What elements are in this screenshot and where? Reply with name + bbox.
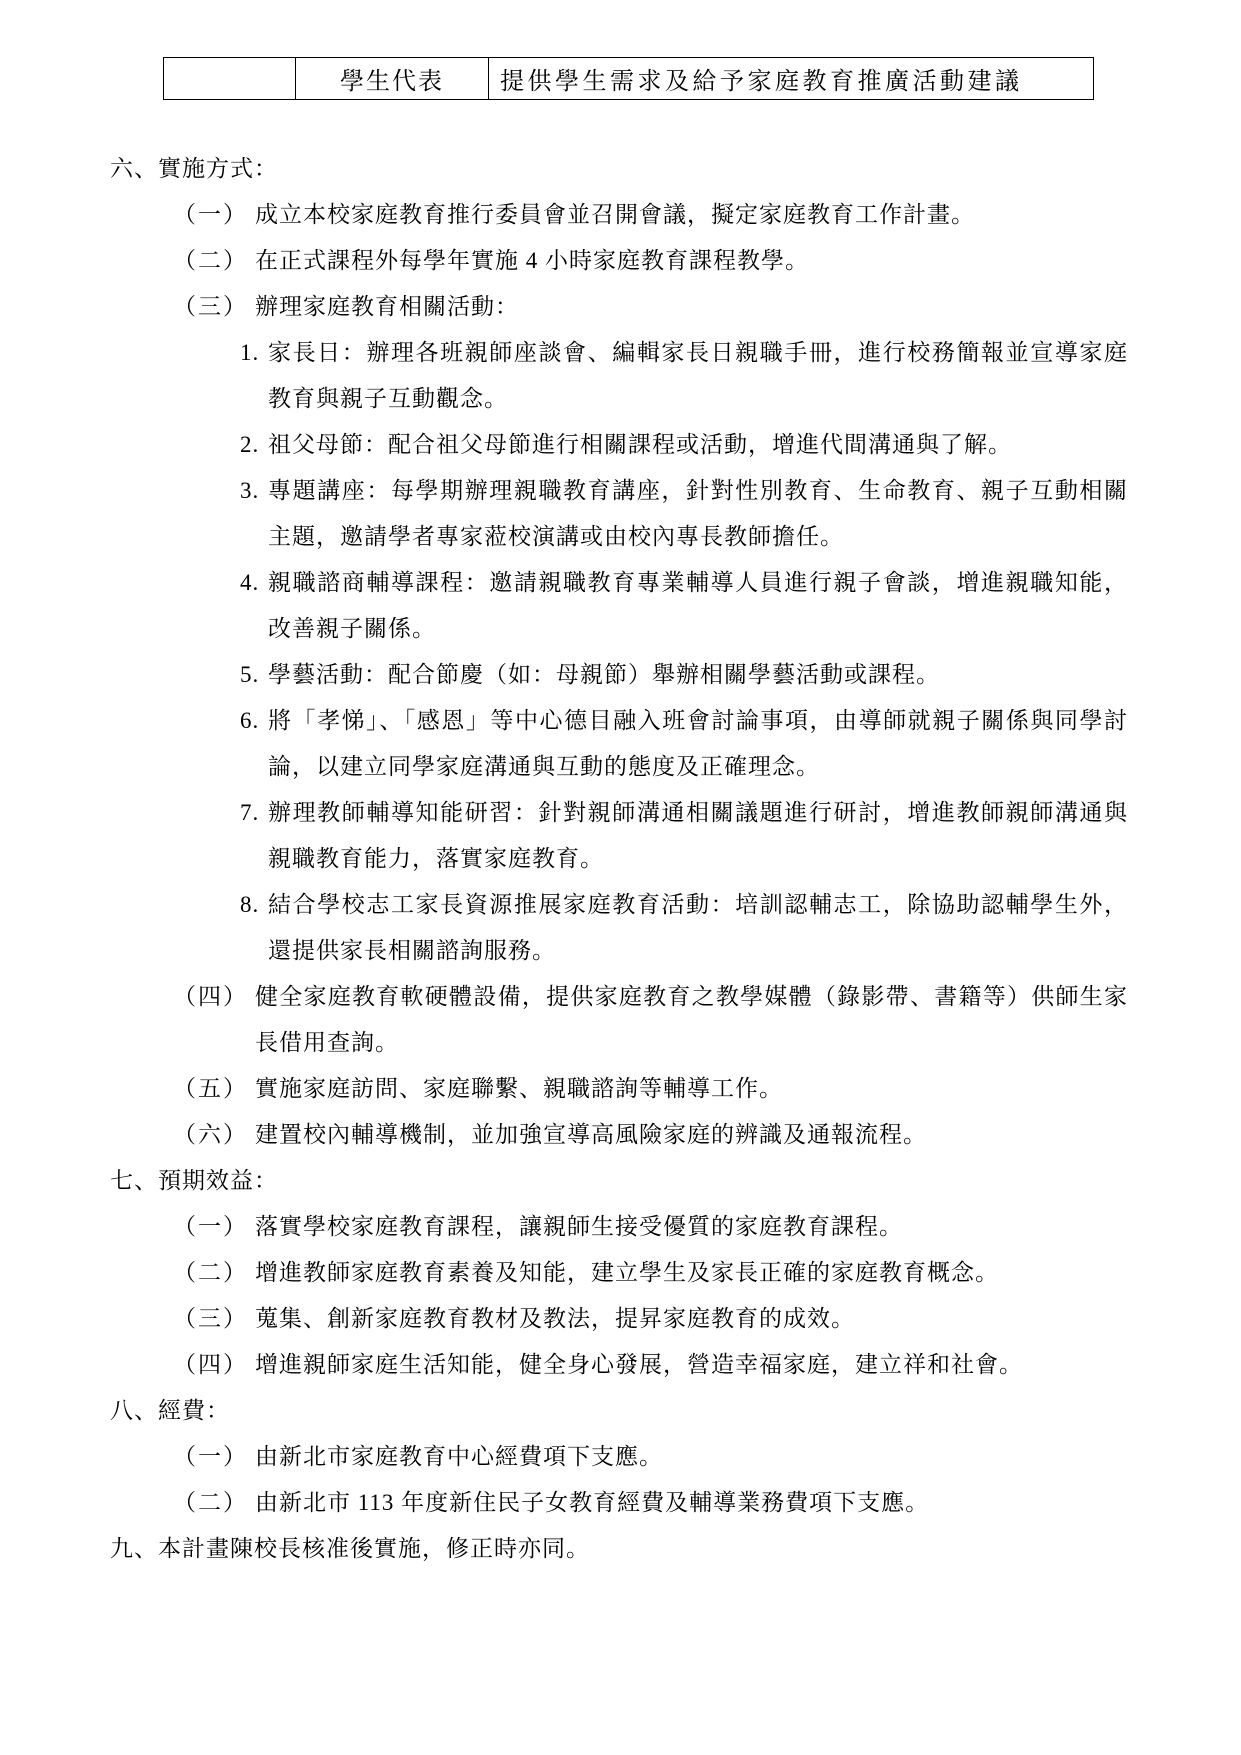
sub-item-text: 將「孝悌」、「感恩」等中心德目融入班會討論事項，由導師就親子關係與同學討論，以建… [268, 708, 1128, 779]
sub-item-text: 結合學校志工家長資源推展家庭教育活動：培訓認輔志工，除協助認輔學生外，還提供家長… [268, 892, 1128, 963]
committee-table: 學生代表 提供學生需求及給予家庭教育推廣活動建議 [163, 57, 1094, 100]
list-item: （五）實施家庭訪問、家庭聯繫、親職諮詢等輔導工作。 [173, 1066, 1128, 1112]
table-row: 學生代表 提供學生需求及給予家庭教育推廣活動建議 [164, 58, 1094, 100]
section-heading: 七、預期效益： [110, 1158, 1128, 1204]
item-label: （三） [173, 284, 248, 330]
item-label: （六） [173, 1112, 248, 1158]
sub-list-item: 5.學藝活動：配合節慶（如：母親節）舉辦相關學藝活動或課程。 [240, 652, 1128, 698]
sub-list-item: 6.將「孝悌」、「感恩」等中心德目融入班會討論事項，由導師就親子關係與同學討論，… [240, 698, 1128, 790]
item-label: （四） [173, 974, 248, 1020]
sub-item-text: 親職諮商輔導課程：邀請親職教育專業輔導人員進行親子會談，增進親職知能，改善親子關… [268, 570, 1128, 641]
item-text: 落實學校家庭教育課程，讓親師生接受優質的家庭教育課程。 [255, 1214, 903, 1239]
section-heading: 八、經費： [110, 1388, 1128, 1434]
item-text: 成立本校家庭教育推行委員會並召開會議，擬定家庭教育工作計畫。 [255, 202, 975, 227]
item-label: （三） [173, 1296, 248, 1342]
sub-item-text: 專題講座：每學期辦理親職教育講座，針對性別教育、生命教育、親子互動相關主題，邀請… [268, 478, 1128, 549]
list-item: （一）成立本校家庭教育推行委員會並召開會議，擬定家庭教育工作計畫。 [173, 192, 1128, 238]
item-text: 由新北市 113 年度新住民子女教育經費及輔導業務費項下支應。 [255, 1490, 929, 1515]
sub-item-text: 家長日：辦理各班親師座談會、編輯家長日親職手冊，進行校務簡報並宣導家庭教育與親子… [268, 340, 1128, 411]
section-heading: 九、本計畫陳校長核准後實施，修正時亦同。 [110, 1526, 1128, 1572]
list-item: （六）建置校內輔導機制，並加強宣導高風險家庭的辨識及通報流程。 [173, 1112, 1128, 1158]
sub-item-text: 辦理教師輔導知能研習：針對親師溝通相關議題進行研討，增進教師親師溝通與親職教育能… [268, 800, 1128, 871]
sub-item-number: 7. [240, 790, 259, 836]
sub-list-item: 1.家長日：辦理各班親師座談會、編輯家長日親職手冊，進行校務簡報並宣導家庭教育與… [240, 330, 1128, 422]
item-label: （五） [173, 1066, 248, 1112]
item-label: （四） [173, 1342, 248, 1388]
sub-item-number: 4. [240, 560, 259, 606]
sub-list-item: 4.親職諮商輔導課程：邀請親職教育專業輔導人員進行親子會談，增進親職知能，改善親… [240, 560, 1128, 652]
list-item: （一）落實學校家庭教育課程，讓親師生接受優質的家庭教育課程。 [173, 1204, 1128, 1250]
section-heading: 六、實施方式： [110, 146, 1128, 192]
item-text: 增進親師家庭生活知能，健全身心發展，營造幸福家庭，建立祥和社會。 [255, 1352, 1023, 1377]
item-label: （二） [173, 1250, 248, 1296]
sub-item-number: 2. [240, 422, 259, 468]
list-item: （三）蒐集、創新家庭教育教材及教法，提昇家庭教育的成效。 [173, 1296, 1128, 1342]
item-text: 建置校內輔導機制，並加強宣導高風險家庭的辨識及通報流程。 [255, 1122, 927, 1147]
list-item: （二）增進教師家庭教育素養及知能，建立學生及家長正確的家庭教育概念。 [173, 1250, 1128, 1296]
sub-list-item: 3.專題講座：每學期辦理親職教育講座，針對性別教育、生命教育、親子互動相關主題，… [240, 468, 1128, 560]
item-text: 增進教師家庭教育素養及知能，建立學生及家長正確的家庭教育概念。 [255, 1260, 999, 1285]
item-label: （二） [173, 1480, 248, 1526]
list-item: （二）在正式課程外每學年實施 4 小時家庭教育課程教學。 [173, 238, 1128, 284]
item-label: （一） [173, 1434, 248, 1480]
item-text: 蒐集、創新家庭教育教材及教法，提昇家庭教育的成效。 [255, 1306, 855, 1331]
item-label: （一） [173, 192, 248, 238]
item-label: （一） [173, 1204, 248, 1250]
list-item: （四）健全家庭教育軟硬體設備，提供家庭教育之教學媒體（錄影帶、書籍等）供師生家長… [173, 974, 1128, 1066]
sub-item-text: 祖父母節：配合祖父母節進行相關課程或活動，增進代間溝通與了解。 [268, 432, 1012, 457]
item-label: （二） [173, 238, 248, 284]
table-cell-role: 學生代表 [296, 58, 489, 100]
list-item: （四）增進親師家庭生活知能，健全身心發展，營造幸福家庭，建立祥和社會。 [173, 1342, 1128, 1388]
table-cell-duty: 提供學生需求及給予家庭教育推廣活動建議 [489, 58, 1094, 100]
item-text: 辦理家庭教育相關活動： [255, 294, 519, 319]
item-text: 實施家庭訪問、家庭聯繫、親職諮詢等輔導工作。 [255, 1076, 783, 1101]
table-cell-member [164, 58, 296, 100]
document-content: 六、實施方式：（一）成立本校家庭教育推行委員會並召開會議，擬定家庭教育工作計畫。… [0, 146, 1241, 1572]
list-item: （一）由新北市家庭教育中心經費項下支應。 [173, 1434, 1128, 1480]
sub-list-item: 2.祖父母節：配合祖父母節進行相關課程或活動，增進代間溝通與了解。 [240, 422, 1128, 468]
sub-item-number: 8. [240, 882, 259, 928]
list-item: （二）由新北市 113 年度新住民子女教育經費及輔導業務費項下支應。 [173, 1480, 1128, 1526]
sub-item-number: 5. [240, 652, 259, 698]
sub-item-number: 1. [240, 330, 259, 376]
item-text: 在正式課程外每學年實施 4 小時家庭教育課程教學。 [255, 248, 809, 273]
sub-item-text: 學藝活動：配合節慶（如：母親節）舉辦相關學藝活動或課程。 [268, 662, 940, 687]
sub-item-number: 6. [240, 698, 259, 744]
list-item: （三）辦理家庭教育相關活動： [173, 284, 1128, 330]
item-text: 健全家庭教育軟硬體設備，提供家庭教育之教學媒體（錄影帶、書籍等）供師生家長借用查… [255, 984, 1128, 1055]
sub-item-number: 3. [240, 468, 259, 514]
sub-list-item: 8.結合學校志工家長資源推展家庭教育活動：培訓認輔志工，除協助認輔學生外，還提供… [240, 882, 1128, 974]
sub-list-item: 7.辦理教師輔導知能研習：針對親師溝通相關議題進行研討，增進教師親師溝通與親職教… [240, 790, 1128, 882]
document-page: 學生代表 提供學生需求及給予家庭教育推廣活動建議 六、實施方式：（一）成立本校家… [0, 0, 1241, 1755]
item-text: 由新北市家庭教育中心經費項下支應。 [255, 1444, 663, 1469]
